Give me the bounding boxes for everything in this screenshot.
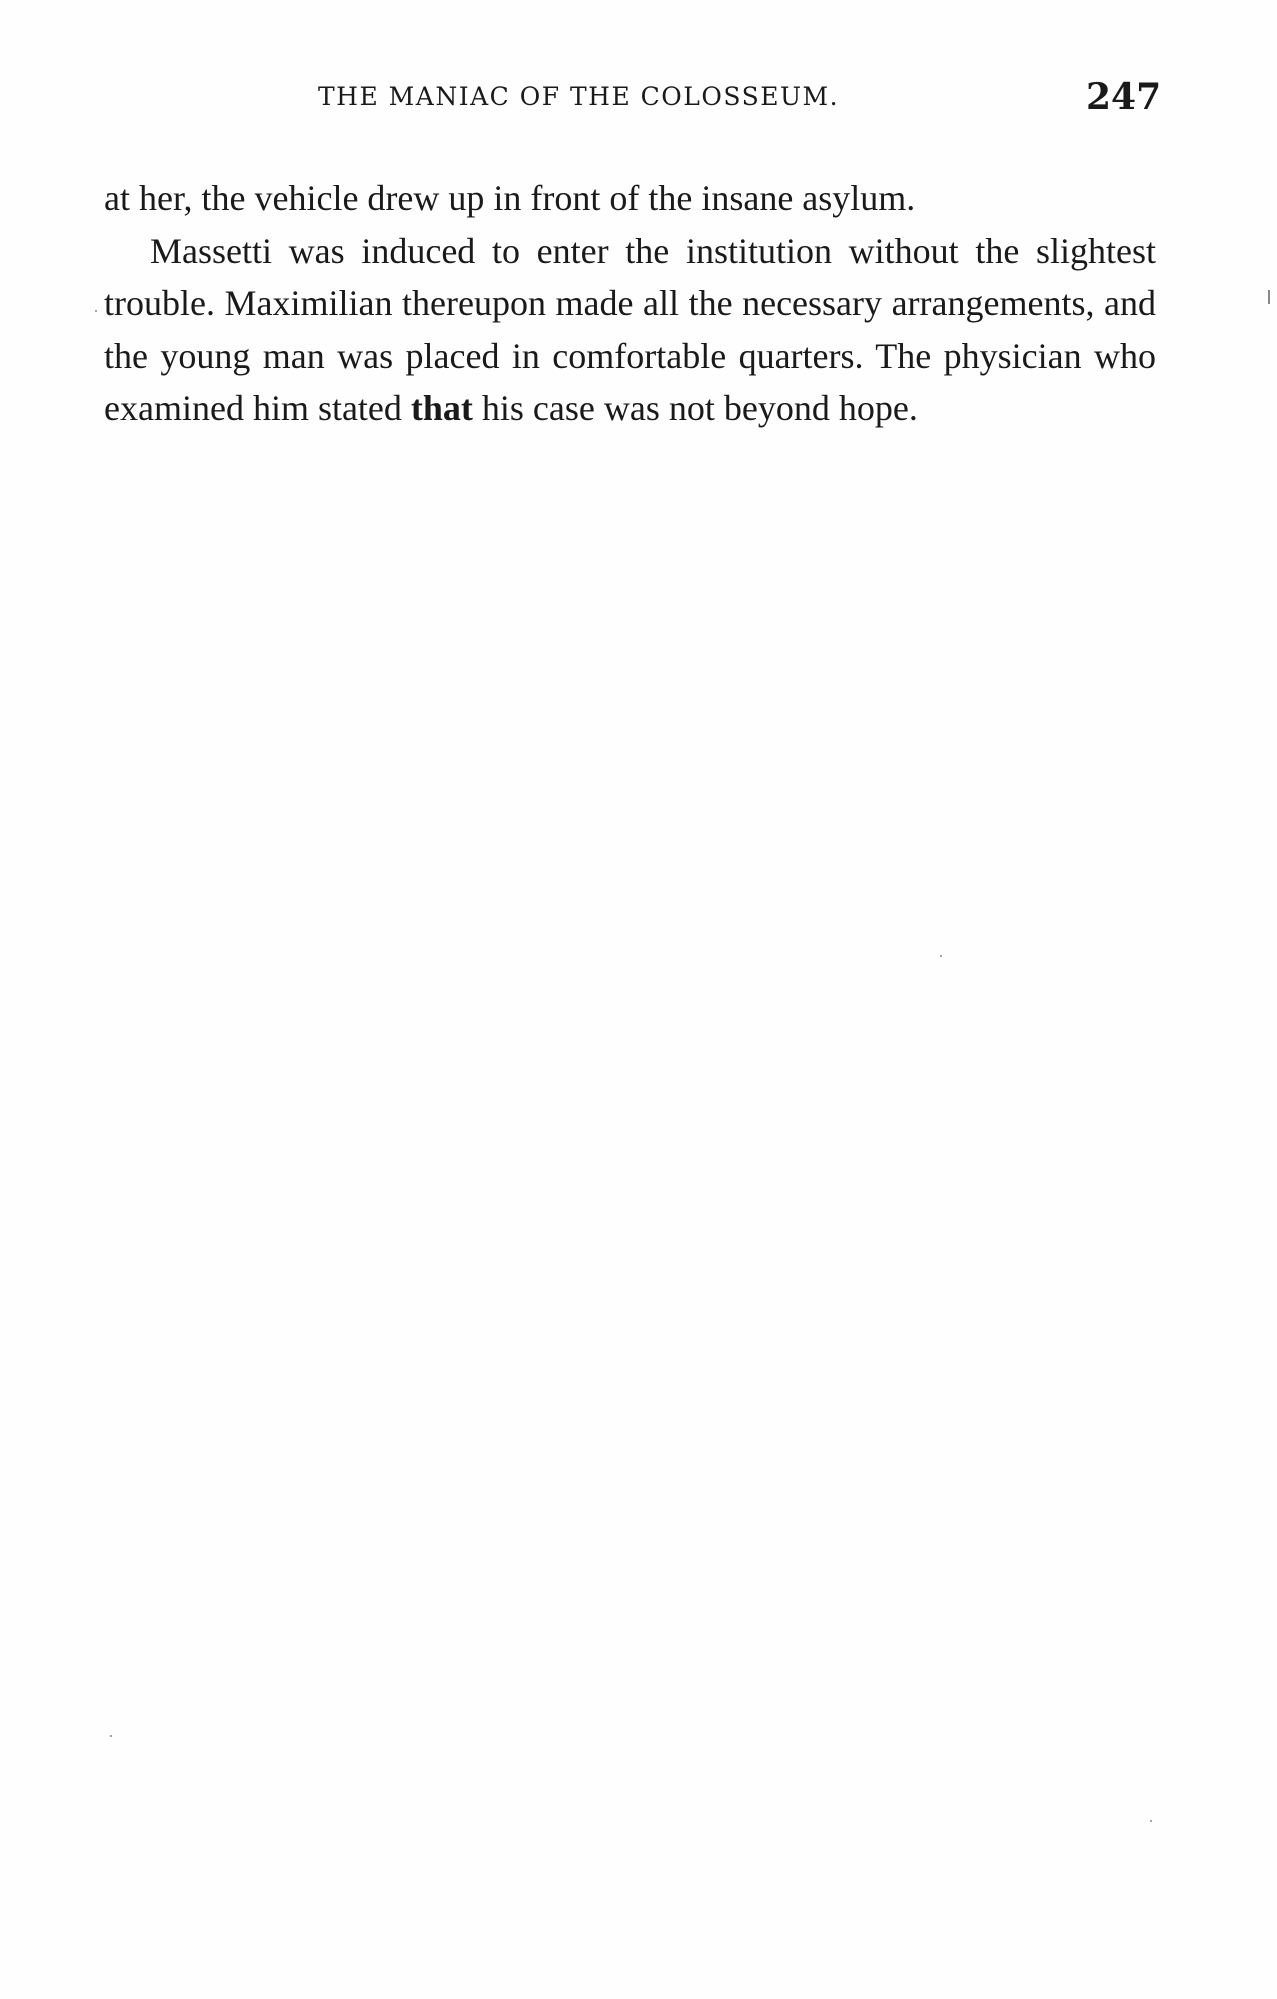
page-number: 247 <box>1086 76 1161 118</box>
scan-speck <box>1150 1820 1152 1822</box>
paragraph-continuation: at her, the vehicle drew up in front of … <box>104 172 1156 225</box>
scan-speck <box>110 1735 112 1737</box>
running-head: THE MANIAC OF THE COLOSSEUM. <box>318 82 938 111</box>
paragraph-text-after: his case was not beyond hope. <box>473 388 918 428</box>
body-text: at her, the vehicle drew up in front of … <box>104 172 1156 435</box>
scan-speck <box>940 955 942 957</box>
scan-speck <box>95 310 97 312</box>
scan-speck <box>1268 290 1270 304</box>
paragraph-massetti: Massetti was induced to enter the instit… <box>104 225 1156 435</box>
bold-word: that <box>411 388 473 428</box>
